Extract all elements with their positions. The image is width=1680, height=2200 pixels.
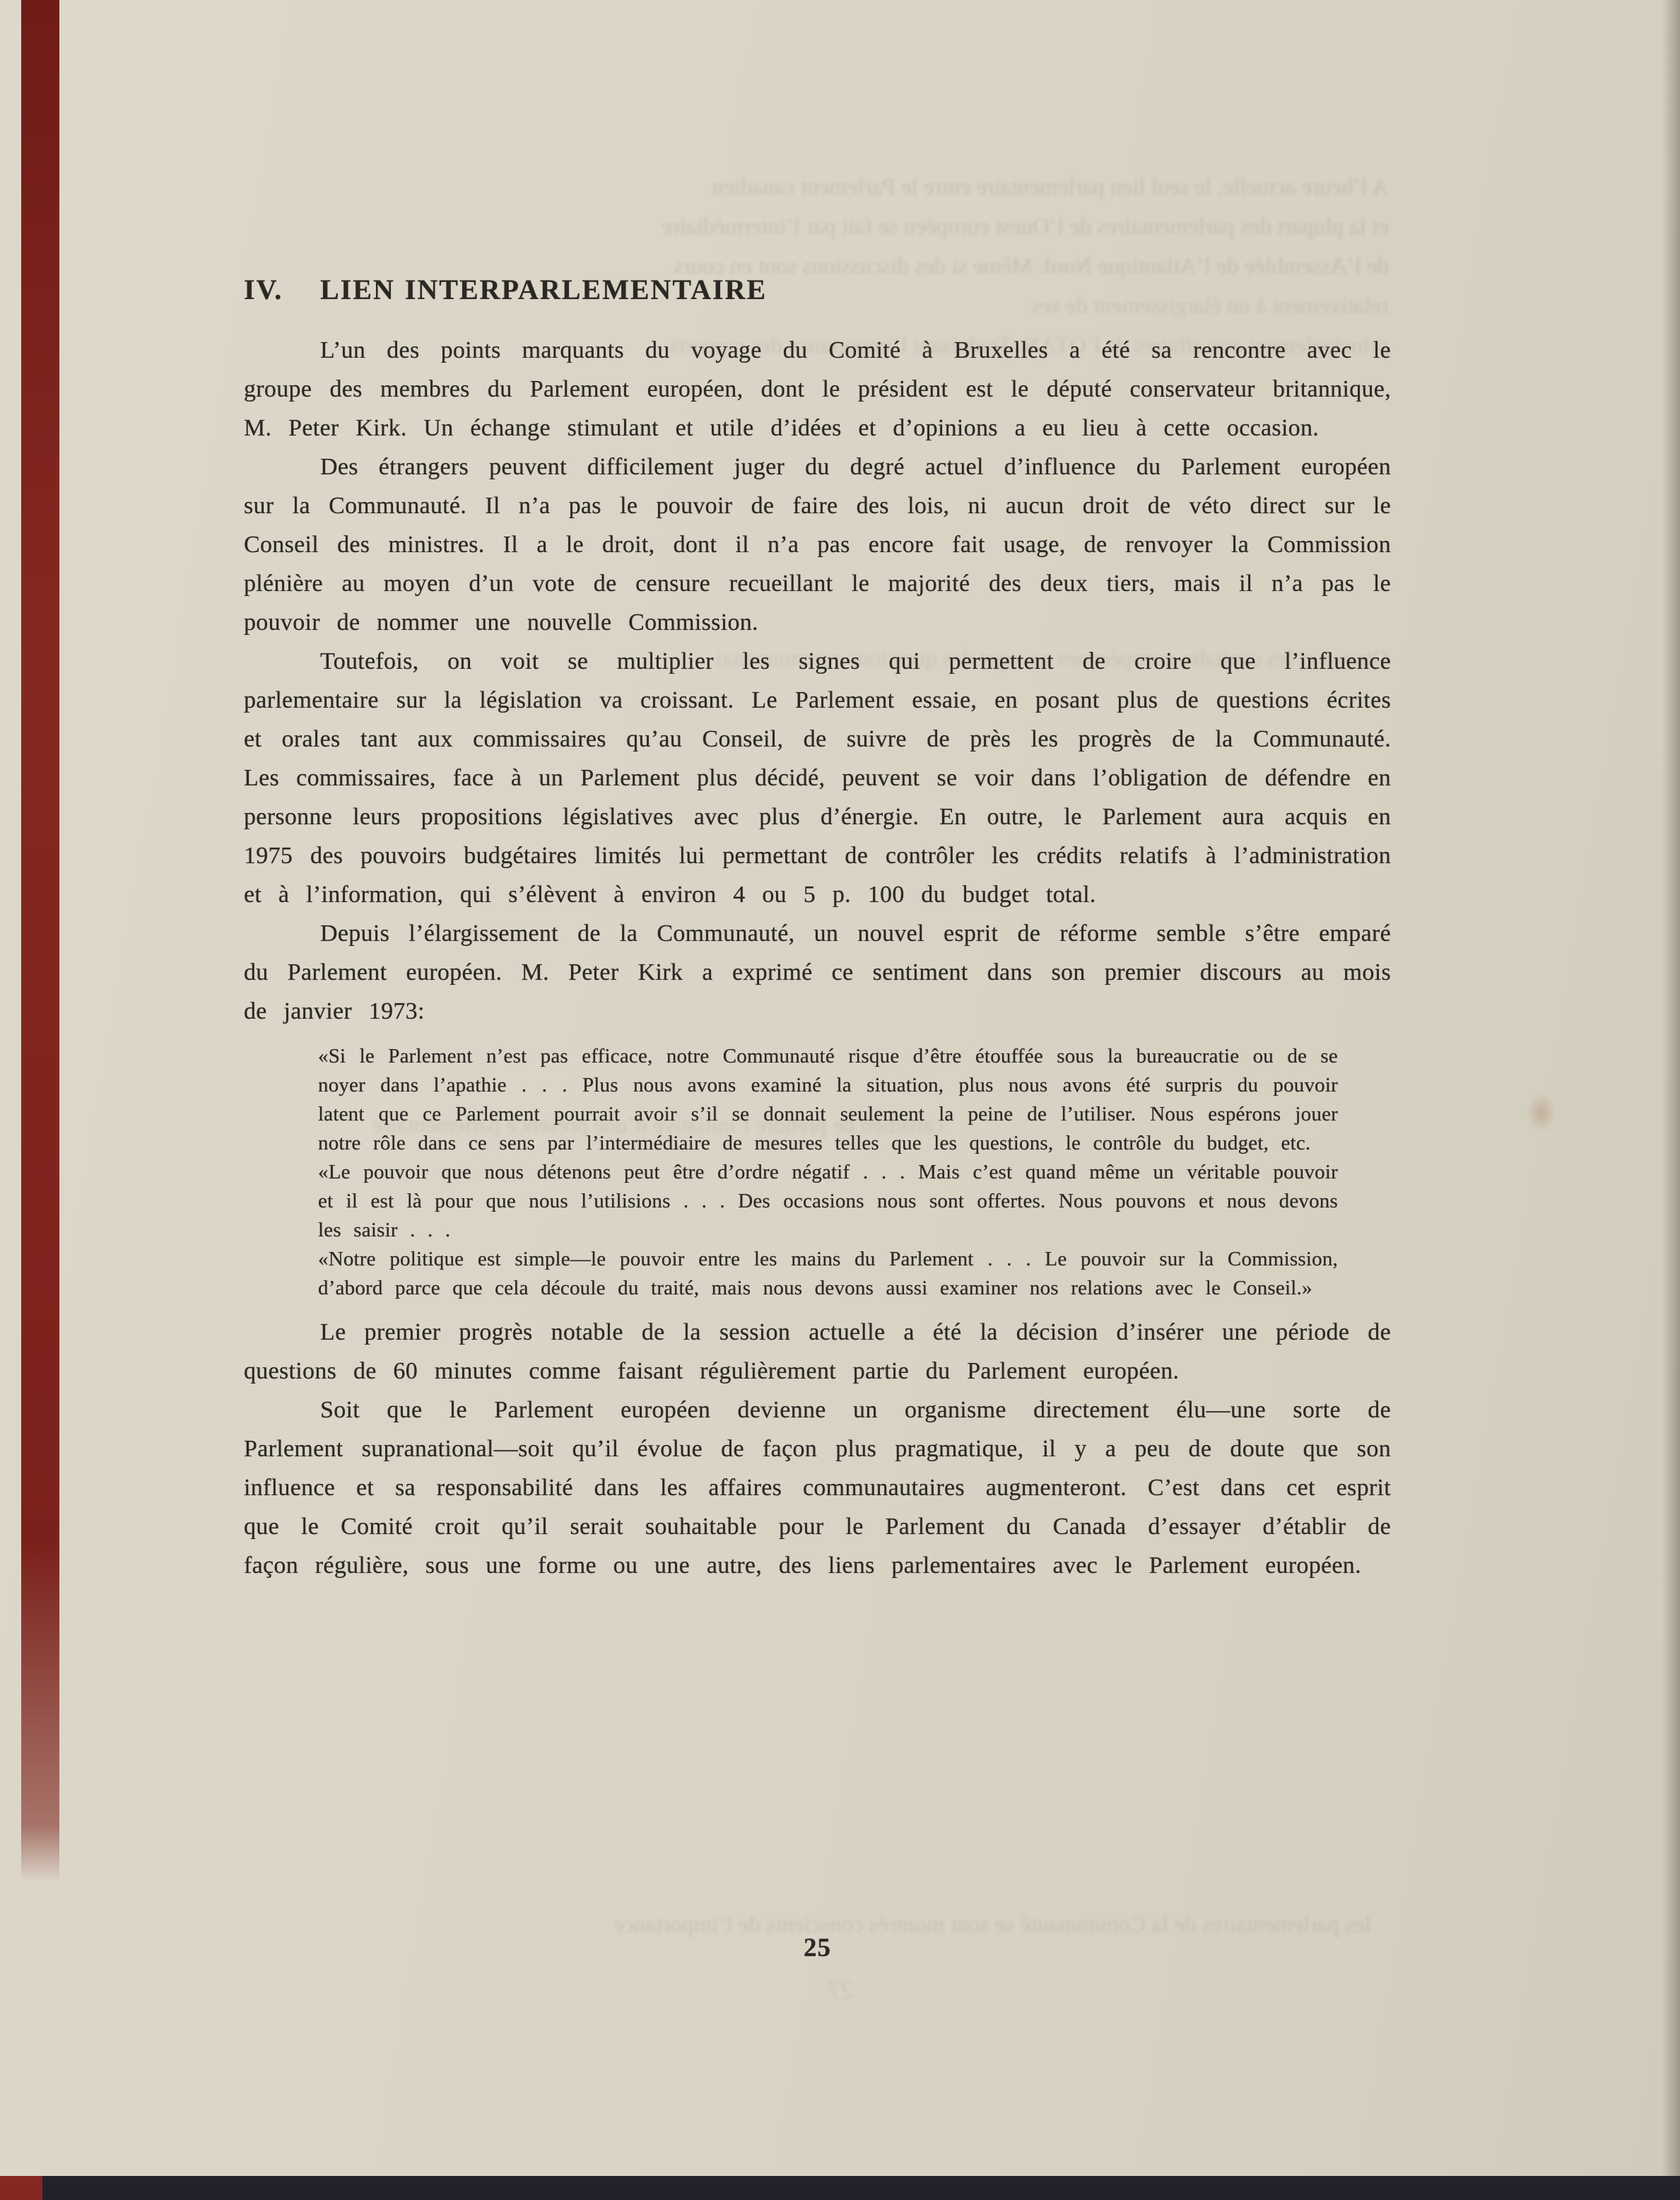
paper-stain <box>1527 1092 1556 1133</box>
page-number: 25 <box>244 1929 1391 1967</box>
paragraph: Soit que le Parlement européen devienne … <box>244 1391 1391 1585</box>
paragraph: L’un des points marquants du voyage du C… <box>244 331 1391 447</box>
scan-bottom-border <box>0 2176 1680 2200</box>
bleedthrough-page-number: 27 <box>0 1971 1680 2010</box>
block-quote: «Si le Parlement n’est pas efficace, not… <box>318 1042 1338 1303</box>
page-text-column: IV.LIEN INTERPARLEMENTAIRE L’un des poin… <box>244 273 1391 1585</box>
book-spine-red-edge <box>21 0 59 1882</box>
quote-paragraph: «Si le Parlement n’est pas efficace, not… <box>318 1042 1338 1158</box>
section-heading: IV.LIEN INTERPARLEMENTAIRE <box>244 273 1391 307</box>
quote-paragraph: «Notre politique est simple—le pouvoir e… <box>318 1245 1338 1303</box>
paragraph: Toutefois, on voit se multiplier les sig… <box>244 642 1391 914</box>
bleedthrough-line: et la plupart des parlementaires de l’Ou… <box>244 208 1389 247</box>
quote-paragraph: «Le pouvoir que nous détenons peut être … <box>318 1158 1338 1245</box>
paragraph: Depuis l’élargissement de la Communauté,… <box>244 914 1391 1031</box>
paragraph: Des étrangers peuvent difficilement juge… <box>244 447 1391 642</box>
scanned-document-page: A l’heure actuelle, le seul lien parleme… <box>0 0 1680 2200</box>
section-title: LIEN INTERPARLEMENTAIRE <box>320 274 767 305</box>
bleedthrough-line: A l’heure actuelle, le seul lien parleme… <box>251 168 1389 207</box>
scan-bottom-border-red-corner <box>0 2176 42 2200</box>
section-numeral: IV. <box>244 273 320 307</box>
paragraph: Le premier progrès notable de la session… <box>244 1313 1391 1391</box>
page-right-edge-shadow <box>1662 0 1680 2200</box>
